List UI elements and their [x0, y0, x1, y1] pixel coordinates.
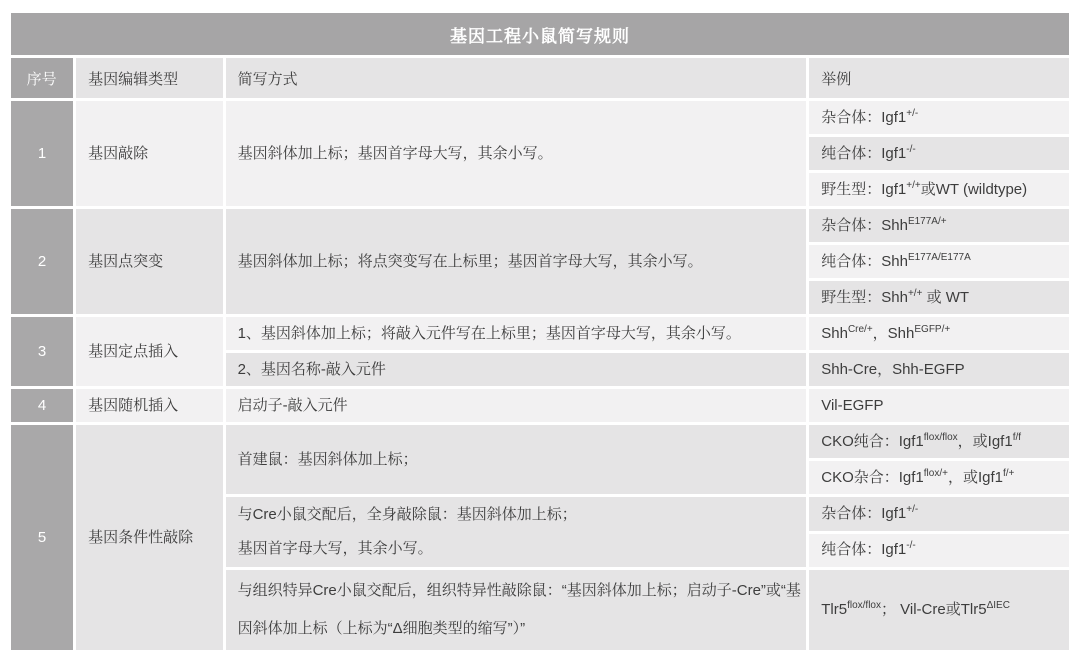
row-1-example-3: 野生型：Igf1+/+或WT (wildtype): [809, 173, 1069, 206]
row-1-type: 基因敲除: [76, 101, 222, 206]
gene-mouse-rules-page: 基因工程小鼠简写规则 序号 基因编辑类型 简写方式 举例 1 基因敲除 基因斜体…: [0, 0, 1080, 653]
table-title: 基因工程小鼠简写规则: [11, 13, 1069, 55]
table-row: 5 基因条件性敲除 首建鼠：基因斜体加上标； CKO纯合：Igf1flox/fl…: [11, 425, 1069, 458]
row-1-example-1: 杂合体：Igf1+/-: [809, 101, 1069, 134]
row-4-example-1: Vil-EGFP: [809, 389, 1069, 422]
table-row: 2 基因点突变 基因斜体加上标；将点突变写在上标里；基因首字母大写，其余小写。 …: [11, 209, 1069, 242]
row-2-example-1: 杂合体：ShhE177A/+: [809, 209, 1069, 242]
row-3-method-1: 1、基因斜体加上标；将敲入元件写在上标里；基因首字母大写，其余小写。: [226, 317, 807, 350]
row-5-example-4: 纯合体：Igf1-/-: [809, 534, 1069, 568]
row-1-example-2: 纯合体：Igf1-/-: [809, 137, 1069, 170]
row-5-example-1: CKO纯合：Igf1flox/flox，或Igf1f/f: [809, 425, 1069, 458]
title-row: 基因工程小鼠简写规则: [11, 13, 1069, 55]
row-5-example-2: CKO杂合：Igf1flox/+，或Igf1f/+: [809, 461, 1069, 494]
row-5-example-3: 杂合体：Igf1+/-: [809, 497, 1069, 531]
row-4-number: 4: [11, 389, 73, 422]
row-5-method-3: 与组织特异Cre小鼠交配后，组织特异性敲除鼠：“基因斜体加上标；启动子-Cre”…: [226, 570, 807, 650]
row-5-type: 基因条件性敲除: [76, 425, 222, 650]
column-header-type: 基因编辑类型: [76, 58, 222, 98]
row-1-number: 1: [11, 101, 73, 206]
column-header-method: 简写方式: [226, 58, 807, 98]
row-5-example-5: Tlr5flox/flox； Vil-Cre或Tlr5ΔIEC: [809, 570, 1069, 650]
row-5-method-2: 与Cre小鼠交配后，全身敲除鼠：基因斜体加上标； 基因首字母大写，其余小写。: [226, 497, 807, 567]
column-header-num: 序号: [11, 58, 73, 98]
row-2-example-2: 纯合体：ShhE177A/E177A: [809, 245, 1069, 278]
table-row: 4 基因随机插入 启动子-敲入元件 Vil-EGFP: [11, 389, 1069, 422]
header-row: 序号 基因编辑类型 简写方式 举例: [11, 58, 1069, 98]
row-4-type: 基因随机插入: [76, 389, 222, 422]
row-1-method: 基因斜体加上标；基因首字母大写，其余小写。: [226, 101, 807, 206]
table-row: 3 基因定点插入 1、基因斜体加上标；将敲入元件写在上标里；基因首字母大写，其余…: [11, 317, 1069, 350]
row-5-number: 5: [11, 425, 73, 650]
column-header-example: 举例: [809, 58, 1069, 98]
row-2-type: 基因点突变: [76, 209, 222, 314]
row-4-method: 启动子-敲入元件: [226, 389, 807, 422]
row-2-method: 基因斜体加上标；将点突变写在上标里；基因首字母大写，其余小写。: [226, 209, 807, 314]
gene-mouse-rules-table: 基因工程小鼠简写规则 序号 基因编辑类型 简写方式 举例 1 基因敲除 基因斜体…: [8, 10, 1072, 653]
row-3-example-1: ShhCre/+，ShhEGFP/+: [809, 317, 1069, 350]
row-5-method-1: 首建鼠：基因斜体加上标；: [226, 425, 807, 494]
row-2-example-3: 野生型：Shh+/+ 或 WT: [809, 281, 1069, 314]
row-3-example-2: Shh-Cre，Shh-EGFP: [809, 353, 1069, 386]
row-2-number: 2: [11, 209, 73, 314]
row-3-method-2: 2、基因名称-敲入元件: [226, 353, 807, 386]
row-3-number: 3: [11, 317, 73, 386]
table-row: 1 基因敲除 基因斜体加上标；基因首字母大写，其余小写。 杂合体：Igf1+/-: [11, 101, 1069, 134]
row-3-type: 基因定点插入: [76, 317, 222, 386]
